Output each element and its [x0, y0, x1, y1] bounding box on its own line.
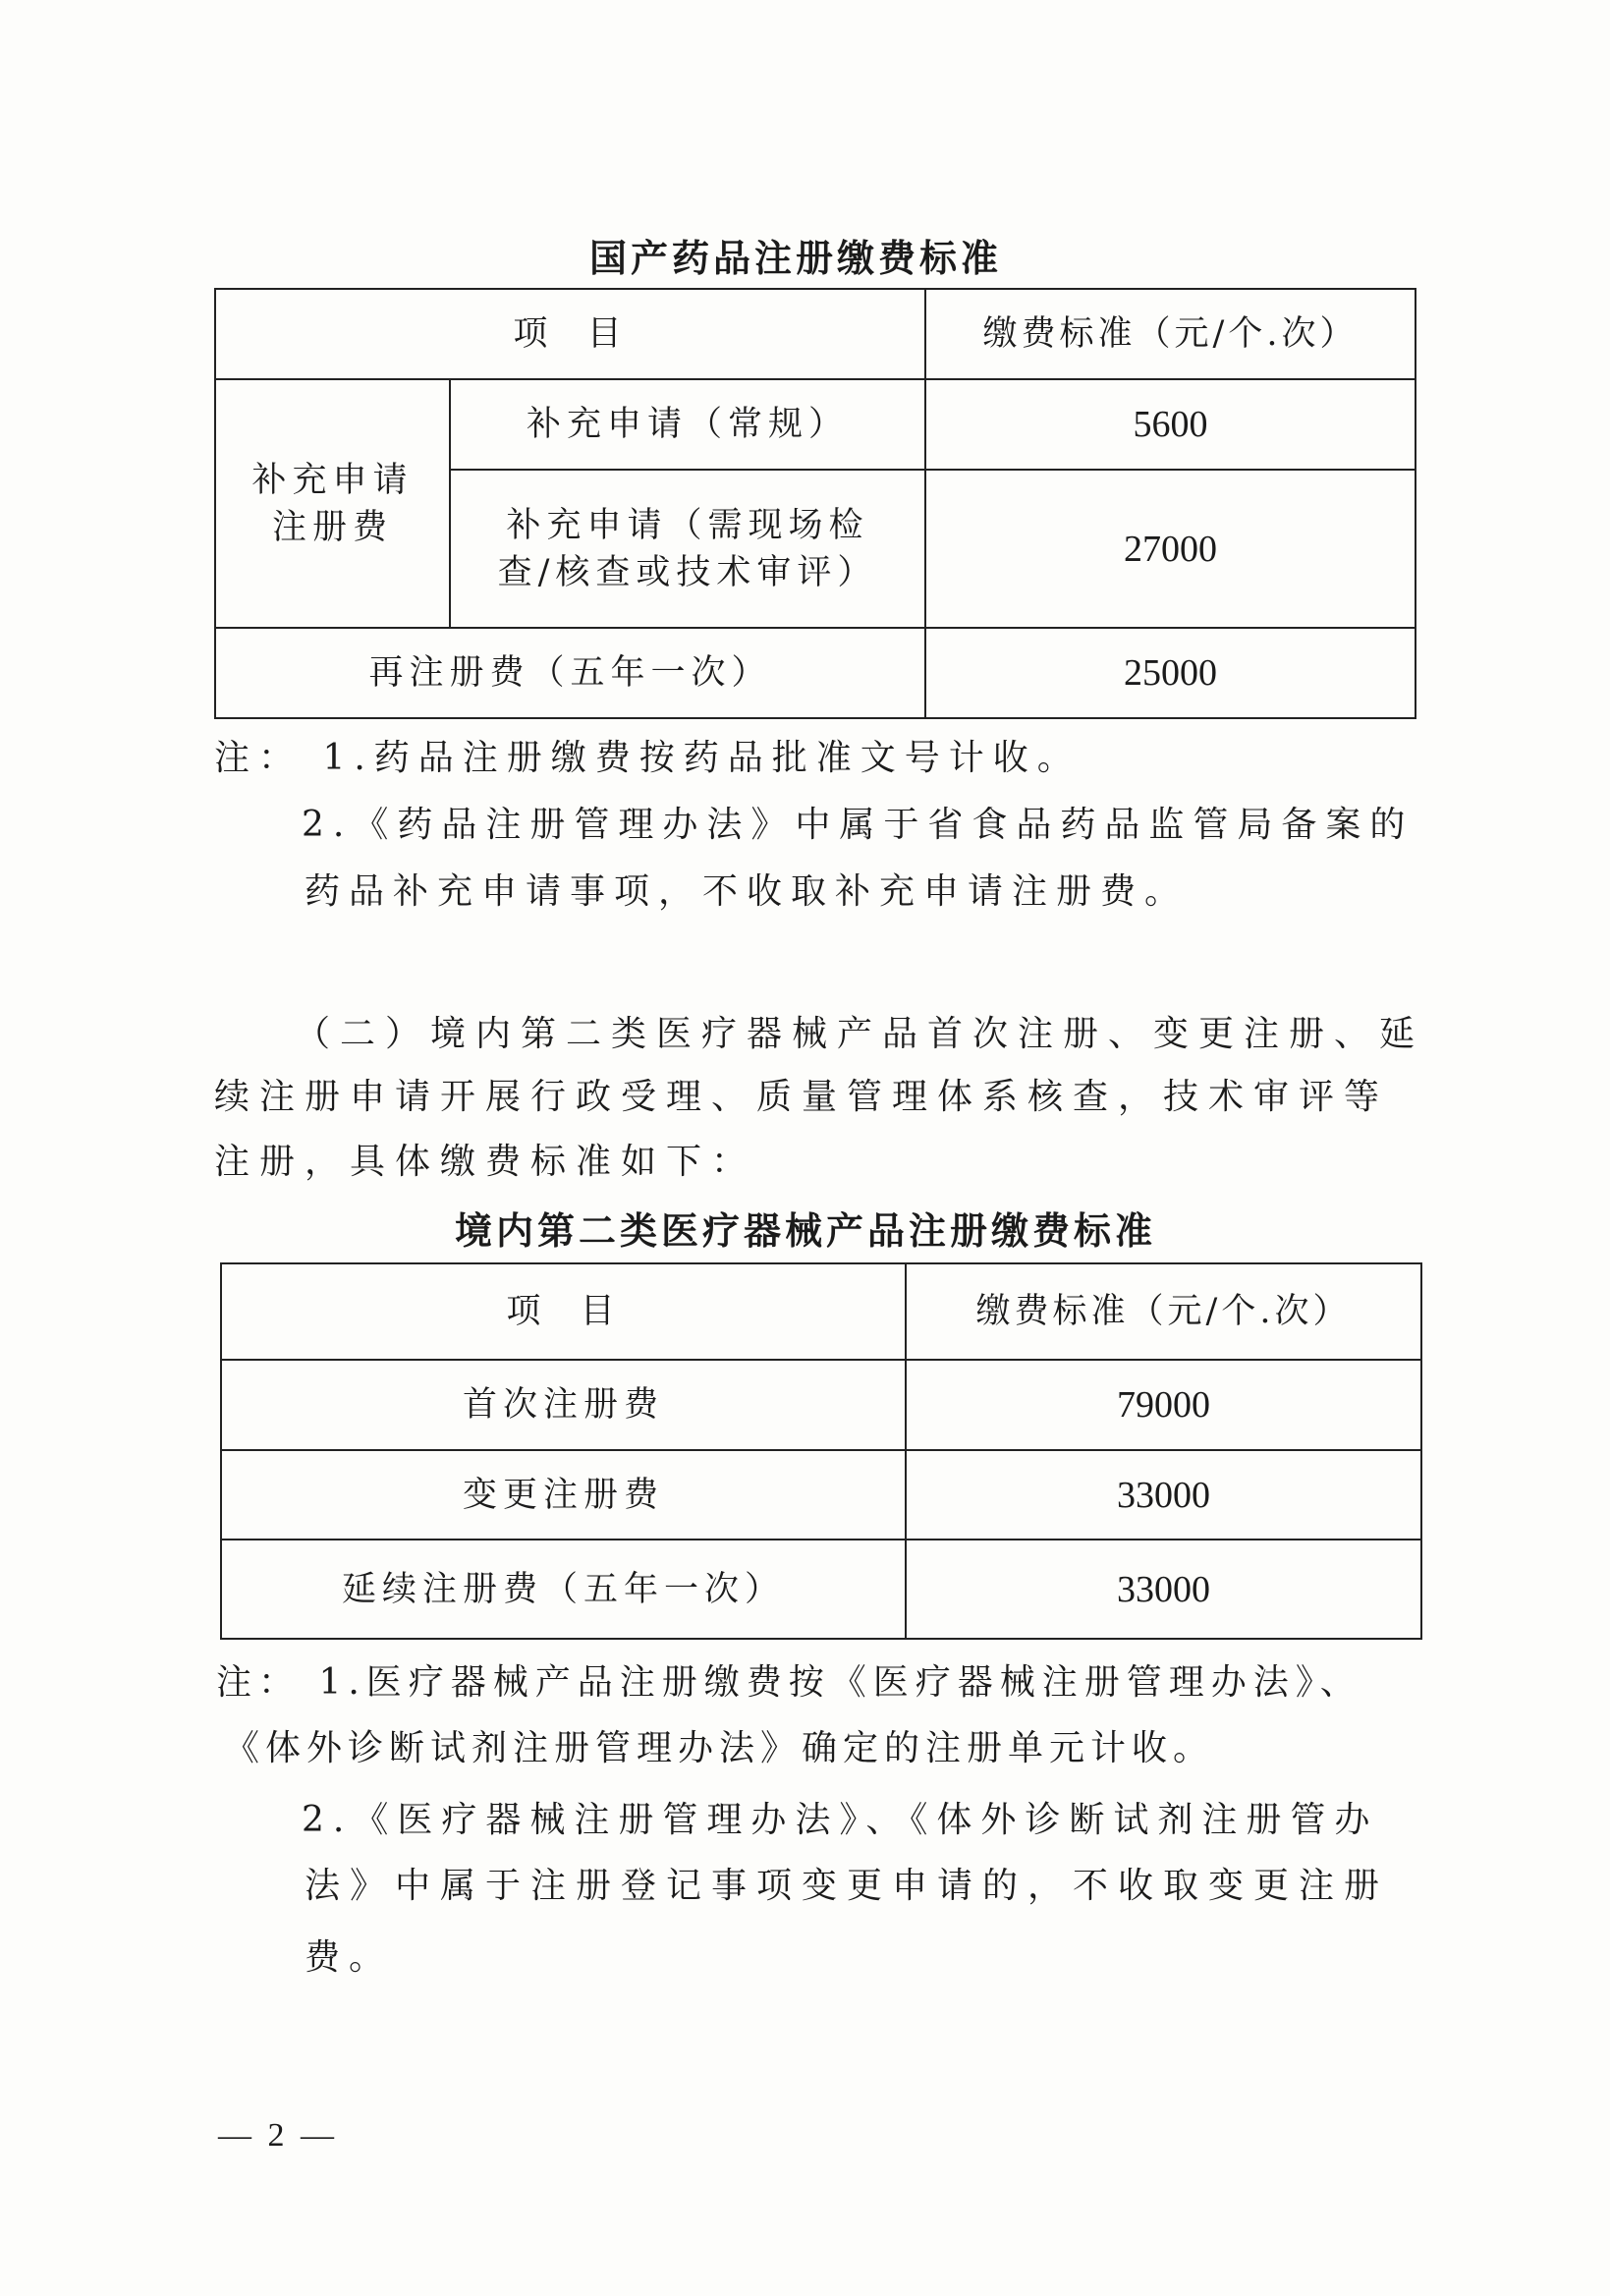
table1-title: 国产药品注册缴费标准	[550, 236, 1041, 281]
note-line: 注： 1.药品注册缴费按药品批准文号计收。	[214, 737, 1082, 780]
header-item: 项 目	[221, 1263, 906, 1360]
row-item: 补充申请（常规）	[450, 379, 925, 470]
note-line: 注： 1.医疗器械产品注册缴费按《医疗器械注册管理办法》、	[216, 1661, 1362, 1705]
row-fee: 27000	[925, 470, 1416, 628]
note-line: 2.《药品注册管理办法》中属于省食品药品监管局备案的	[302, 804, 1414, 847]
row-fee: 33000	[906, 1450, 1421, 1540]
paragraph-line: （二）境内第二类医疗器械产品首次注册、变更注册、延	[295, 1013, 1424, 1056]
group-label-line: 注册费	[216, 504, 449, 551]
row-item: 补充申请（需现场检 查/核查或技术审评）	[450, 470, 925, 628]
row-item: 首次注册费	[221, 1360, 906, 1450]
table-header-row: 项 目 缴费标准（元/个.次）	[221, 1263, 1421, 1360]
table-row: 再注册费（五年一次） 25000	[215, 628, 1416, 718]
row-fee: 5600	[925, 379, 1416, 470]
row-item: 变更注册费	[221, 1450, 906, 1540]
paragraph-line: 续注册申请开展行政受理、质量管理体系核查，技术审评等	[214, 1076, 1389, 1119]
row-fee: 33000	[906, 1540, 1421, 1639]
medical-device-fee-table: 项 目 缴费标准（元/个.次） 首次注册费 79000 变更注册费 33000 …	[220, 1262, 1422, 1640]
note-line: 法》中属于注册登记事项变更申请的，不收取变更注册	[305, 1865, 1389, 1908]
table2-title: 境内第二类医疗器械产品注册缴费标准	[413, 1208, 1198, 1254]
document-page: { "table1": { "title": "国产药品注册缴费标准", "he…	[0, 0, 1610, 2296]
table-row: 首次注册费 79000	[221, 1360, 1421, 1450]
page-number: — 2 —	[218, 2117, 338, 2155]
row-item-line: 查/核查或技术审评）	[451, 549, 924, 596]
note-line: 费。	[305, 1936, 393, 1980]
table-row: 延续注册费（五年一次） 33000	[221, 1540, 1421, 1639]
group-label-supplementary: 补充申请 注册费	[215, 379, 450, 628]
table-row: 变更注册费 33000	[221, 1450, 1421, 1540]
table-header-row: 项 目 缴费标准（元/个.次）	[215, 289, 1416, 379]
header-fee: 缴费标准（元/个.次）	[925, 289, 1416, 379]
row-fee: 79000	[906, 1360, 1421, 1450]
note-line: 药品补充申请事项，不收取补充申请注册费。	[305, 870, 1189, 914]
note-line: 《体外诊断试剂注册管理办法》确定的注册单元计收。	[224, 1727, 1214, 1770]
header-item: 项 目	[215, 289, 925, 379]
row-fee: 25000	[925, 628, 1416, 718]
header-fee: 缴费标准（元/个.次）	[906, 1263, 1421, 1360]
paragraph-line: 注册，具体缴费标准如下：	[214, 1141, 756, 1184]
row-item-line: 补充申请（需现场检	[451, 502, 924, 549]
row-item: 延续注册费（五年一次）	[221, 1540, 906, 1639]
drug-registration-fee-table: 项 目 缴费标准（元/个.次） 补充申请 注册费 补充申请（常规） 5600 补…	[214, 288, 1416, 719]
table-row: 补充申请 注册费 补充申请（常规） 5600	[215, 379, 1416, 470]
row-item: 再注册费（五年一次）	[215, 628, 925, 718]
group-label-line: 补充申请	[216, 457, 449, 504]
note-line: 2.《医疗器械注册管理办法》、《体外诊断试剂注册管办	[302, 1799, 1378, 1842]
